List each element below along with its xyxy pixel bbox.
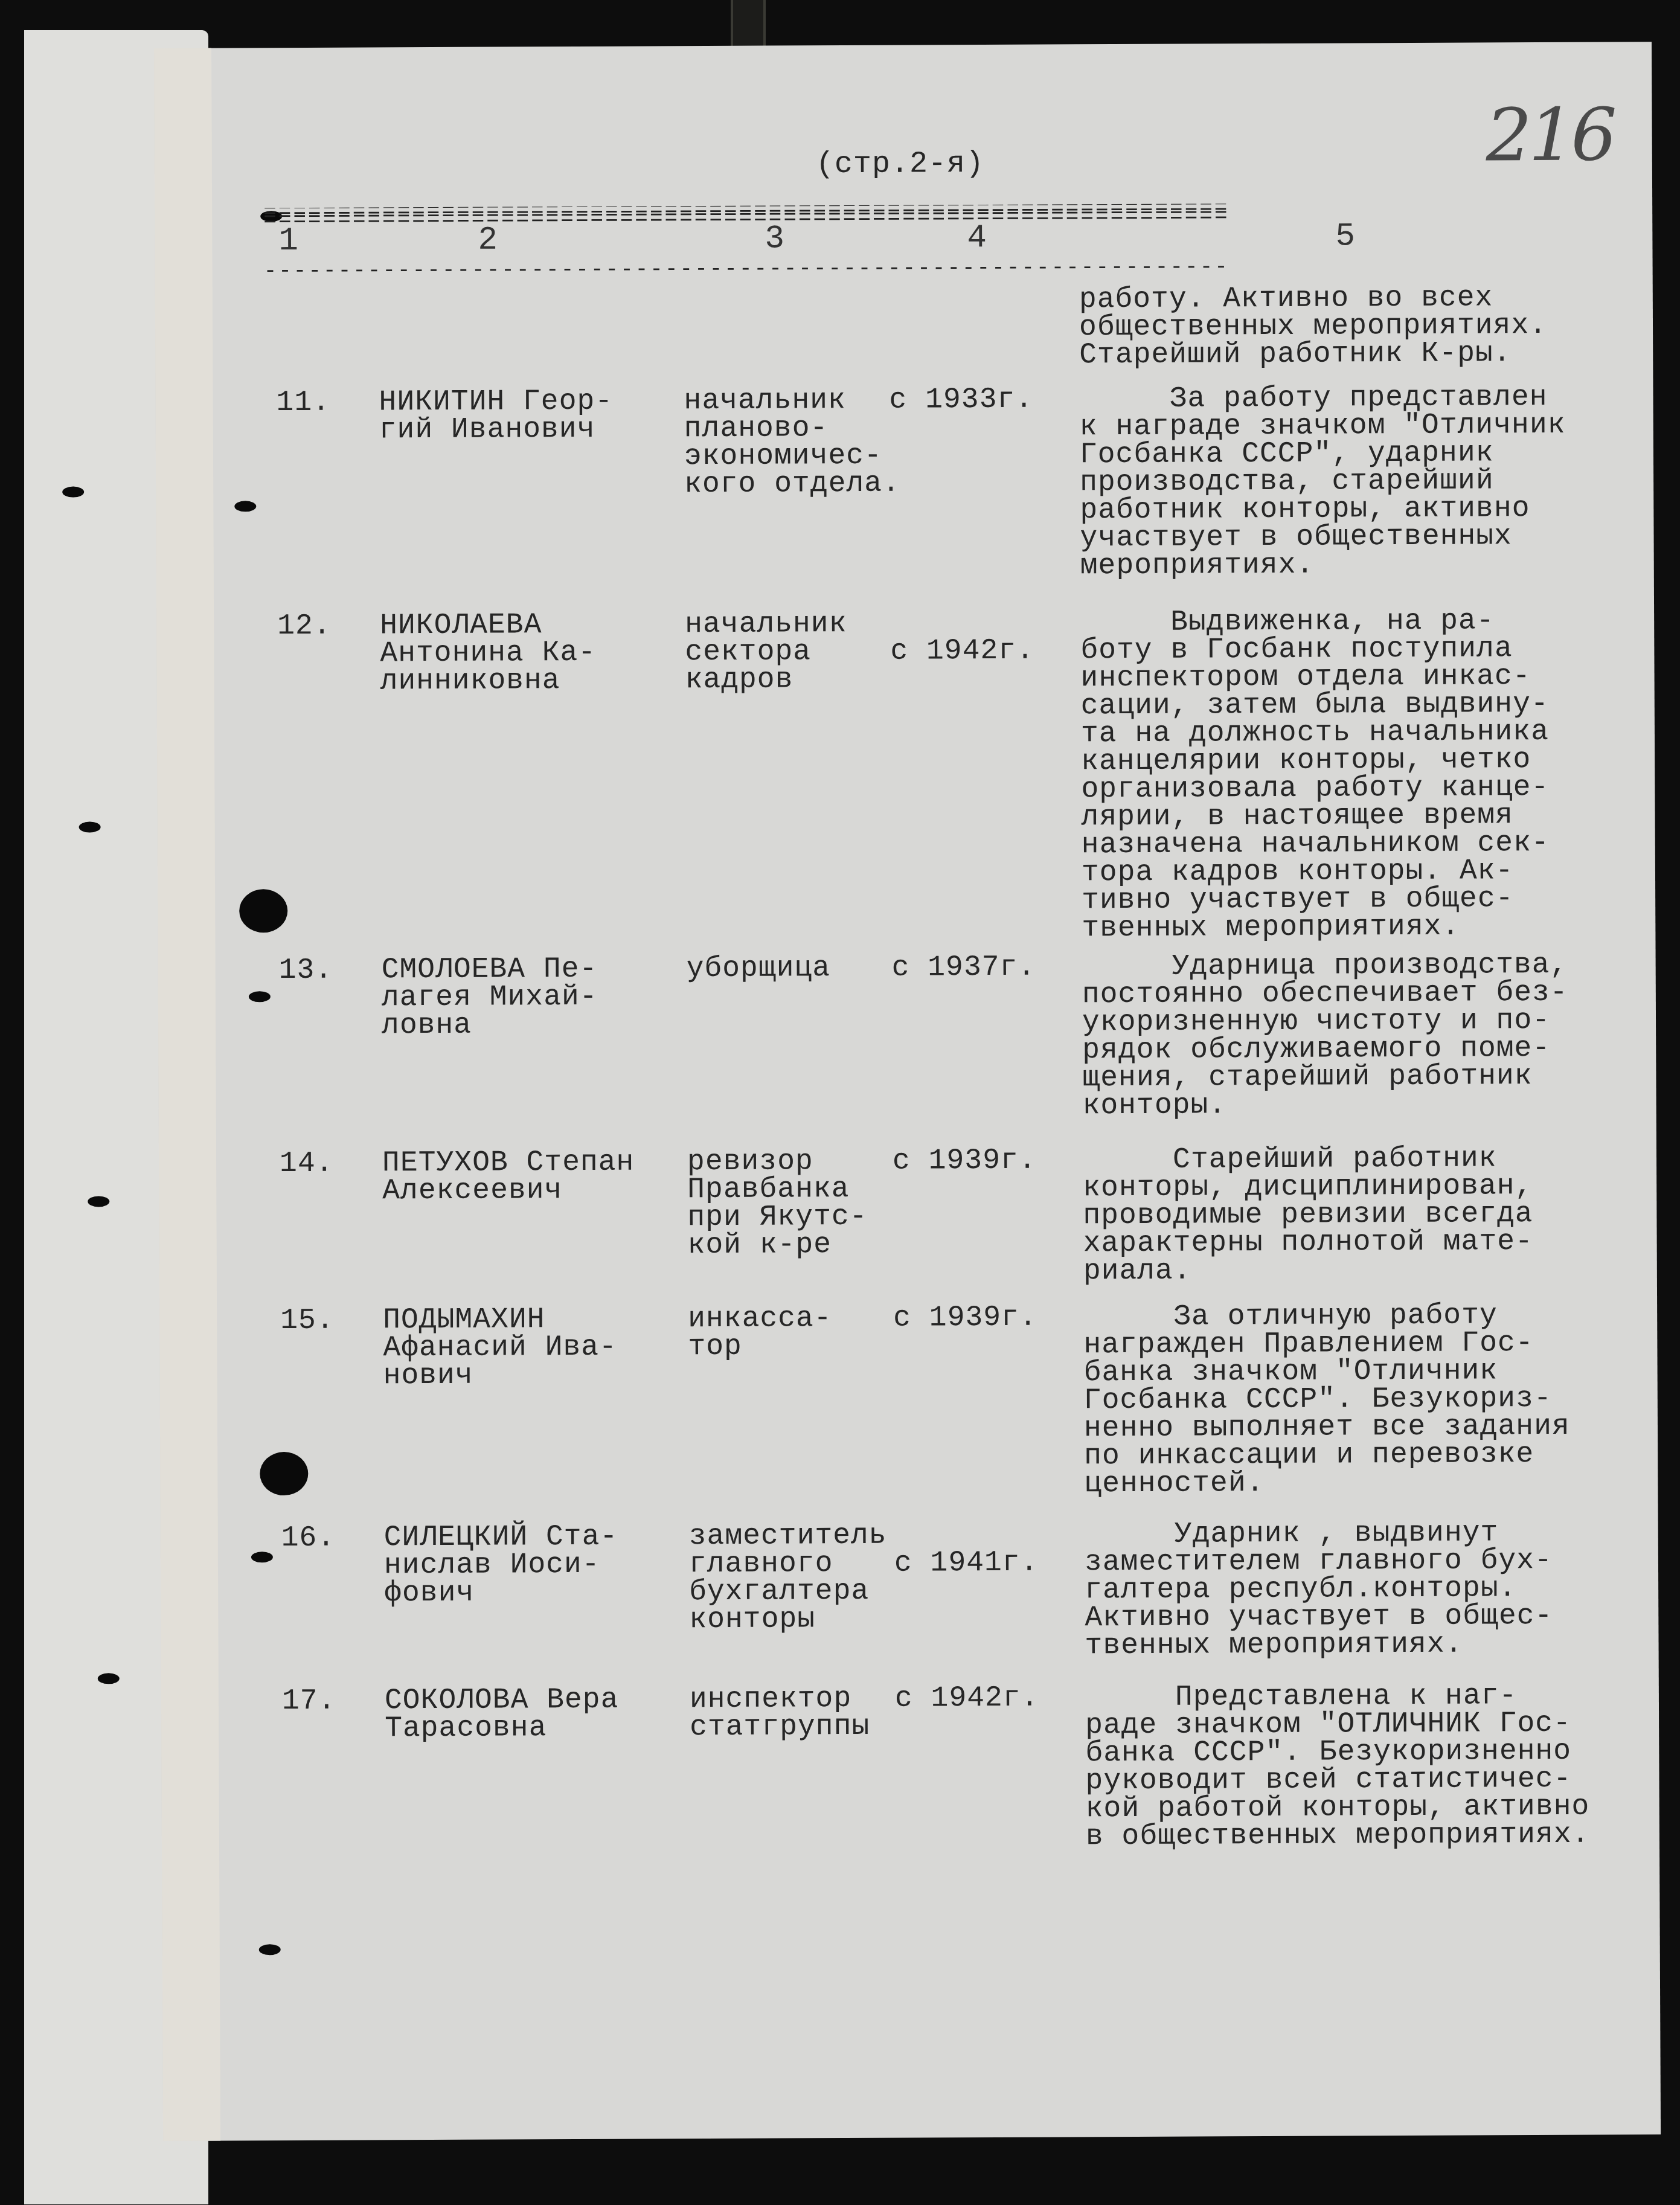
- employee-characteristic: Старейший работникконторы, дисциплиниров…: [1083, 1144, 1533, 1285]
- text-line: в общественных мероприятиях.: [1086, 1821, 1590, 1851]
- employee-characteristic: За отличную работунагражден Правлением Г…: [1083, 1301, 1570, 1498]
- employed-since-cell: с 1939г.: [893, 1147, 1037, 1175]
- text-line: тор: [688, 1332, 832, 1361]
- text-line: мероприятиях.: [1080, 550, 1566, 580]
- header-double-rule: ========================================…: [263, 202, 1586, 225]
- text-line: экономичес-: [684, 442, 900, 471]
- rule-line: ========================================…: [263, 211, 1586, 225]
- text-line: кого отдела.: [684, 470, 900, 499]
- column-number-2: 2: [478, 222, 498, 259]
- text-line: ПОДЫМАХИН: [383, 1306, 617, 1335]
- header-single-rule: ----------------------------------------…: [264, 262, 1586, 276]
- text-line: кой к-ре: [688, 1231, 868, 1259]
- employed-since-cell: с 1937г.: [892, 954, 1036, 982]
- row-number-cell: 14.: [280, 1150, 334, 1178]
- employee-characteristic: Представлена к наг-раде значком "ОТЛИЧНИ…: [1085, 1682, 1590, 1851]
- employee-name: НИКОЛАЕВААнтонина Ка-линниковна: [380, 611, 596, 696]
- text-line: главного: [689, 1550, 887, 1578]
- text-line: Правбанка: [687, 1175, 867, 1204]
- table-row: 16.СИЛЕЦКИЙ Ста-нислав Иоси-фовичзамести…: [161, 1518, 1658, 1525]
- text-line: Афанасий Ива-: [383, 1334, 617, 1362]
- text-line: Старейший работник К-ры.: [1079, 339, 1547, 369]
- employed-since-cell: с 1942г.: [895, 1684, 1039, 1713]
- text-line: ловна: [382, 1011, 598, 1040]
- text-line: сектора: [685, 638, 847, 666]
- binder-hole: [98, 1673, 120, 1684]
- text-line: инспектор: [690, 1685, 870, 1713]
- employed-since: с 1941г.: [894, 1549, 1039, 1578]
- employee-name: СМОЛОЕВА Пе-лагея Михай-ловна: [382, 955, 598, 1040]
- column-number-4: 4: [967, 220, 987, 257]
- employee-characteristic: Ударник , выдвинутзаместителем главного …: [1085, 1519, 1553, 1660]
- text-line: заместитель: [689, 1522, 887, 1550]
- text-line: твенных мероприятиях.: [1082, 913, 1550, 942]
- text-line: конторы: [689, 1605, 887, 1634]
- text-line: СМОЛОЕВА Пе-: [382, 955, 598, 984]
- employee-characteristic: Ударница производства,постоянно обеспечи…: [1082, 951, 1569, 1120]
- binder-hole: [79, 821, 101, 832]
- table-row: 12.НИКОЛАЕВААнтонина Ка-линниковнаначаль…: [156, 606, 1654, 613]
- employed-since-cell: с 1941г.: [894, 1549, 1039, 1578]
- text-line: тивно участвует в общес-: [1082, 885, 1550, 914]
- row-number: 17.: [282, 1687, 336, 1715]
- text-line: твенных мероприятиях.: [1085, 1630, 1553, 1660]
- table-row: 17.СОКОЛОВА ВераТарасовнаинспекторстатгр…: [161, 1681, 1659, 1688]
- text-line: начальник: [685, 610, 847, 638]
- text-line: ПЕТУХОВ Степан: [382, 1149, 634, 1178]
- table-row: 15.ПОДЫМАХИНАфанасий Ива-новичинкасса-то…: [159, 1301, 1657, 1308]
- text-line: конторы.: [1083, 1090, 1569, 1120]
- text-line: НИКИТИН Геор-: [379, 388, 613, 417]
- column-number-5: 5: [1335, 218, 1355, 255]
- binder-hole: [260, 1452, 308, 1495]
- text-line: Тарасовна: [385, 1714, 619, 1743]
- employed-since-cell: с 1933г.: [889, 386, 1033, 414]
- text-line: инкасса-: [688, 1305, 832, 1333]
- employed-since: с 1937г.: [892, 954, 1036, 982]
- binder-hole: [234, 501, 256, 512]
- binder-clip: [731, 0, 766, 48]
- row-number: 13.: [279, 957, 333, 984]
- text-line: лагея Михай-: [382, 983, 598, 1012]
- employee-name: НИКИТИН Геор-гий Иванович: [379, 388, 613, 445]
- row-number-cell: 13.: [279, 957, 333, 984]
- text-line: Антонина Ка-: [380, 639, 596, 668]
- text-line: начальник: [684, 387, 900, 416]
- text-line: нислав Иоси-: [384, 1551, 618, 1580]
- binder-hole: [259, 1944, 281, 1955]
- row-number: 16.: [281, 1524, 336, 1552]
- text-line: щения, старейший работник: [1082, 1062, 1568, 1093]
- employed-since: с 1933г.: [889, 386, 1033, 414]
- employed-since: с 1942г.: [890, 637, 1034, 666]
- employee-position: инспекторстатгруппы: [690, 1685, 870, 1741]
- text-line: уборщица: [687, 954, 831, 983]
- binder-hole: [251, 1552, 273, 1562]
- binder-hole: [249, 991, 271, 1002]
- employee-name: ПЕТУХОВ СтепанАлексеевич: [382, 1149, 635, 1205]
- row-number-cell: 12.: [277, 612, 332, 640]
- text-line: НИКОЛАЕВА: [380, 611, 596, 640]
- text-line: планово-: [684, 414, 900, 443]
- text-line: СИЛЕЦКИЙ Ста-: [384, 1523, 618, 1552]
- table-row: 14.ПЕТУХОВ СтепанАлексеевичревизорПравба…: [159, 1144, 1656, 1151]
- text-line: по инкассации и перевозке: [1084, 1440, 1570, 1471]
- text-line: фович: [384, 1579, 618, 1608]
- row-number: 12.: [277, 612, 332, 640]
- employee-position: начальниксекторакадров: [685, 610, 847, 694]
- column-number-3: 3: [765, 220, 784, 257]
- employee-name: ПОДЫМАХИНАфанасий Ива-нович: [383, 1306, 617, 1390]
- row-number: 14.: [280, 1150, 334, 1178]
- text-line: характерны полнотой мате-: [1083, 1228, 1533, 1257]
- text-line: линниковна: [380, 667, 596, 696]
- text-line: статгруппы: [690, 1713, 870, 1741]
- row-number: 15.: [280, 1307, 335, 1335]
- text-line: гий Иванович: [379, 416, 614, 445]
- binder-hole: [62, 487, 84, 498]
- employee-position: заместительглавногобухгалтераконторы: [689, 1522, 888, 1634]
- text-line: Алексеевич: [382, 1176, 634, 1205]
- page-label: (стр.2-я): [816, 150, 984, 179]
- text-line: кадров: [685, 666, 847, 694]
- employee-position: ревизорПравбанкапри Якутс-кой к-ре: [687, 1147, 868, 1259]
- binder-hole: [239, 889, 287, 932]
- employed-since-cell: с 1942г.: [890, 637, 1034, 666]
- employee-characteristic: За работу представленк награде значком "…: [1079, 384, 1566, 580]
- document-page: (стр.2-я) 216 ==========================…: [154, 42, 1661, 2141]
- text-line: ревизор: [687, 1147, 867, 1176]
- binder-hole: [88, 1196, 109, 1207]
- text-line: при Якутс-: [687, 1203, 867, 1231]
- employee-position: инкасса-тор: [688, 1305, 832, 1361]
- text-line: бухгалтера: [689, 1578, 887, 1606]
- continuation-text: работу. Активно во всех общественных мер…: [1079, 284, 1548, 369]
- employee-characteristic: Выдвиженка, на ра-боту в Госбанк поступи…: [1080, 607, 1550, 942]
- handwritten-folio-number: 216: [1486, 93, 1614, 178]
- employed-since: с 1939г.: [893, 1304, 1037, 1332]
- continuation-row: работу. Активно во всех общественных мер…: [155, 283, 1653, 290]
- employee-name: СОКОЛОВА ВераТарасовна: [385, 1686, 619, 1743]
- row-number-cell: 15.: [280, 1307, 335, 1335]
- employee-position: начальникпланово-экономичес-кого отдела.: [684, 387, 900, 499]
- column-number-1: 1: [278, 223, 298, 260]
- employed-since: с 1939г.: [893, 1147, 1037, 1175]
- employee-position: уборщица: [687, 954, 831, 983]
- employed-since: с 1942г.: [895, 1684, 1039, 1713]
- text-line: участвует в общественных: [1080, 522, 1566, 553]
- text-line: СОКОЛОВА Вера: [385, 1686, 619, 1715]
- employee-name: СИЛЕЦКИЙ Ста-нислав Иоси-фович: [384, 1523, 618, 1608]
- row-number-cell: 16.: [281, 1524, 336, 1552]
- text-line: нович: [383, 1361, 617, 1390]
- row-number: 11.: [276, 389, 330, 417]
- binding-margin: [154, 48, 220, 2141]
- text-line: Активно участвует в общес-: [1085, 1602, 1553, 1632]
- row-number-cell: 17.: [282, 1687, 336, 1715]
- row-number-cell: 11.: [276, 389, 330, 417]
- table-row: 11.НИКИТИН Геор-гий Ивановичначальникпла…: [155, 383, 1653, 390]
- employed-since-cell: с 1939г.: [893, 1304, 1037, 1332]
- text-line: ценностей.: [1084, 1468, 1570, 1498]
- table-row: 13.СМОЛОЕВА Пе-лагея Михай-ловнауборщица…: [158, 951, 1656, 957]
- text-line: риала.: [1083, 1256, 1533, 1285]
